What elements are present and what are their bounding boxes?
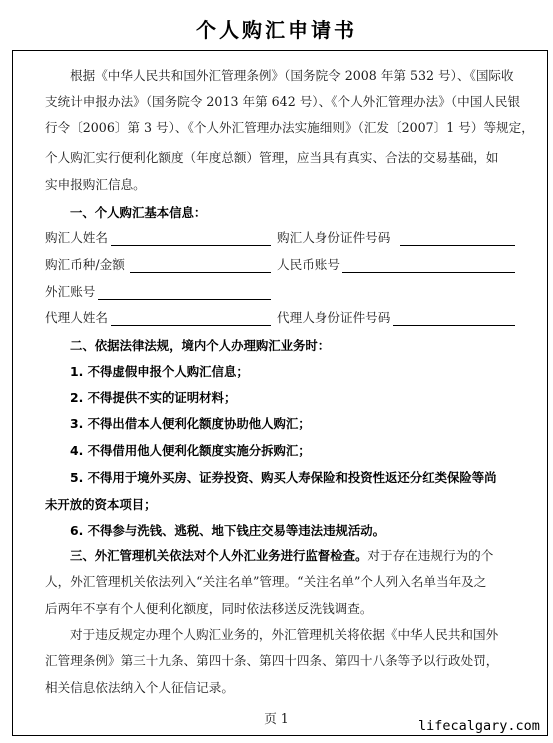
- buyer-id-label: 购汇人身份证件号码: [277, 230, 390, 246]
- rule-6: 6. 不得参与洗钱、逃税、地下钱庄交易等违法违规活动。: [70, 523, 385, 539]
- buyer-name-field[interactable]: [111, 245, 271, 246]
- rule-5-continued: 未开放的资本项目；: [45, 497, 157, 513]
- watermark: lifecalgary.com: [418, 718, 540, 734]
- rmb-account-label: 人民币账号: [277, 257, 340, 273]
- agent-name-label: 代理人姓名: [45, 310, 108, 326]
- rule-2: 2. 不得提供不实的证明材料；: [70, 390, 236, 406]
- intro-line-2: 支统计申报办法》（国务院令 2013 年第 642 号）、《个人外汇管理办法》（…: [45, 94, 520, 110]
- rule-3: 3. 不得出借本人便利化额度协助他人购汇；: [70, 416, 311, 432]
- section3-line-2: 人，外汇管理机关依法列入“关注名单”管理。“关注名单”个人列入名单当年及之: [45, 574, 486, 590]
- intro-line-5: 实申报购汇信息。: [45, 177, 146, 193]
- rmb-account-field[interactable]: [342, 272, 515, 273]
- section3-heading-tail: 对于存在违规行为的个: [367, 548, 493, 563]
- agent-id-field[interactable]: [393, 325, 515, 326]
- section3-heading: 三、外汇管理机关依法对个人外汇业务进行监督检查。: [70, 548, 367, 563]
- intro-line-1: 根据《中华人民共和国外汇管理条例》（国务院令 2008 年第 532 号）、《国…: [70, 68, 514, 84]
- buyer-id-field[interactable]: [400, 245, 515, 246]
- rule-5: 5. 不得用于境外买房、证券投资、购买人寿保险和投资性返还分红类保险等尚: [70, 470, 497, 486]
- rule-1: 1. 不得虚假申报个人购汇信息；: [70, 364, 249, 380]
- agent-name-field[interactable]: [111, 325, 271, 326]
- document-title: 个人购汇申请书: [0, 14, 553, 43]
- section3-line-3: 后两年不享有个人便利化额度，同时依法移送反洗钱调查。: [45, 601, 372, 617]
- intro-line-4: 个人购汇实行便利化额度（年度总额）管理，应当具有真实、合法的交易基础，如: [45, 150, 498, 166]
- section1-heading: 一、个人购汇基本信息：: [70, 205, 206, 221]
- agent-id-label: 代理人身份证件号码: [277, 310, 390, 326]
- section3-first-line: 三、外汇管理机关依法对个人外汇业务进行监督检查。对于存在违规行为的个: [70, 548, 493, 564]
- fx-account-field[interactable]: [98, 299, 271, 300]
- intro-line-3: 行令〔2006〕第 3 号）、《个人外汇管理办法实施细则》（汇发〔2007〕1 …: [45, 120, 534, 136]
- rule-4: 4. 不得借用他人便利化额度实施分拆购汇；: [70, 443, 311, 459]
- closing-line-1: 对于违反规定办理个人购汇业务的，外汇管理机关将依据《中华人民共和国外: [70, 627, 498, 643]
- fx-account-label: 外汇账号: [45, 284, 95, 300]
- section2-heading: 二、依据法律法规，境内个人办理购汇业务时：: [70, 338, 330, 354]
- buyer-name-label: 购汇人姓名: [45, 230, 108, 246]
- currency-amount-label: 购汇币种/金额: [45, 257, 125, 273]
- currency-amount-field[interactable]: [130, 272, 271, 273]
- closing-line-2: 汇管理条例》第三十九条、第四十条、第四十四条、第四十八条等予以行政处罚，: [45, 653, 498, 669]
- closing-line-3: 相关信息依法纳入个人征信记录。: [45, 680, 234, 696]
